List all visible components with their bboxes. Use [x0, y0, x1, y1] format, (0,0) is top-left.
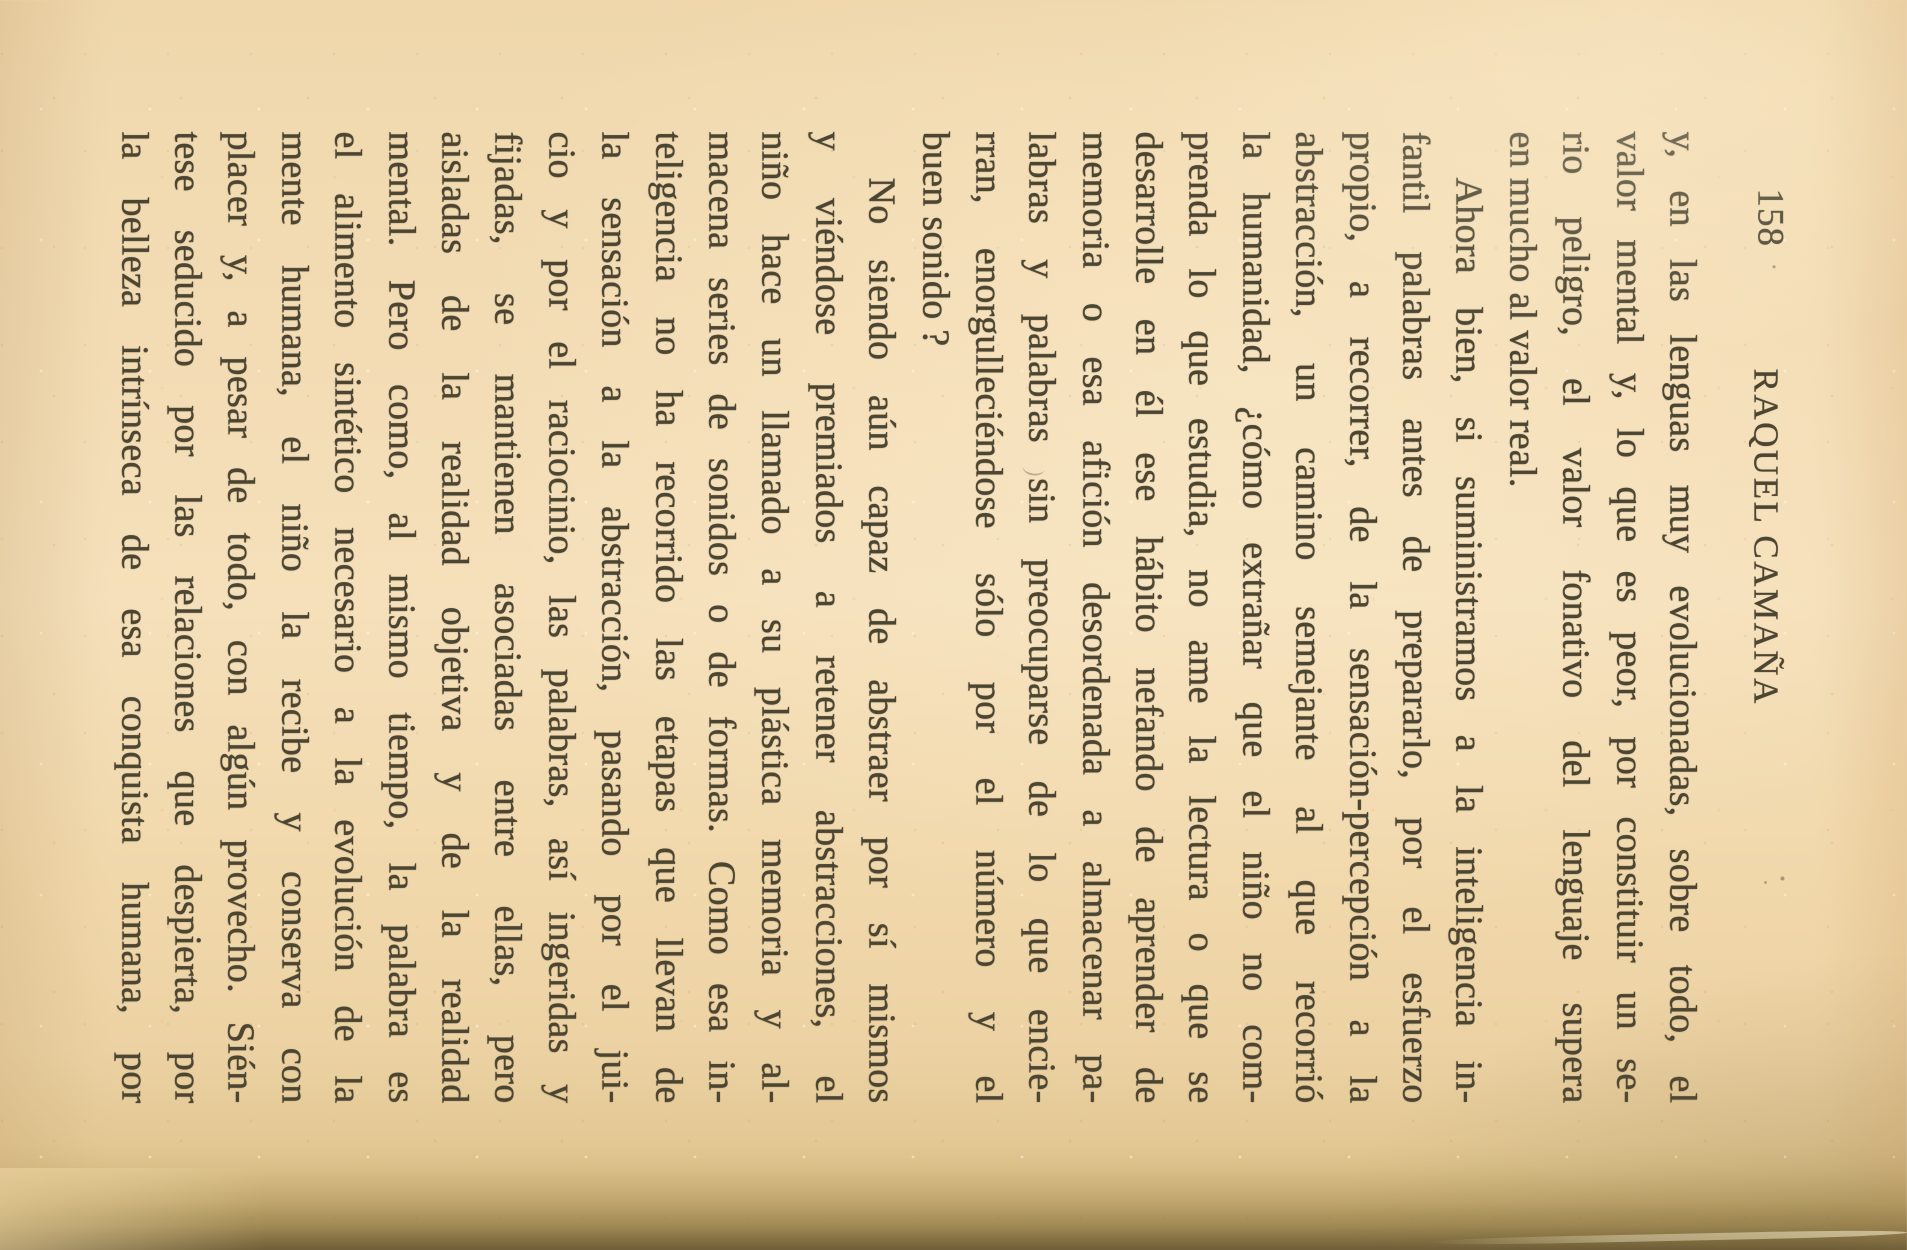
text-line: mente humana, el niño la recibe y conser… [267, 132, 320, 1104]
book-page-scan: 158 · RAQUEL CAMAÑA y, en las lenguas mu… [0, 0, 1907, 1250]
text-line: y, en las lenguas muy evolucionadas, sob… [1655, 132, 1708, 1104]
text-line: niño hace un llamado a su plástica memor… [747, 132, 800, 1104]
text-line: la sensación a la abstracción, pasando p… [587, 132, 640, 1104]
text-line: mental. Pero como, al mismo tiempo, la p… [374, 132, 427, 1104]
text-line: rio peligro, el valor fonativo del lengu… [1548, 132, 1601, 1104]
text-line: fijadas, se mantienen asociadas entre el… [481, 132, 534, 1104]
text-line: memoria o esa afición desordenada a alma… [1068, 132, 1121, 1104]
running-head: RAQUEL CAMAÑA [1743, 369, 1789, 706]
text-line: placer y, a pesar de todo, con algún pro… [214, 132, 267, 1104]
text-line: el alimento sintético necesario a la evo… [320, 132, 373, 1104]
text-line: la belleza intrínseca de esa conquista h… [107, 132, 160, 1104]
text-line: y viéndose premiados a retener abstracci… [801, 132, 854, 1104]
text-line: valor mental y, lo que es peor, por cons… [1602, 132, 1655, 1104]
text-line: buen sonido ? [908, 132, 961, 1104]
stray-dot: · [1759, 263, 1789, 272]
text-line: teligencia no ha recorrido las etapas qu… [641, 132, 694, 1104]
text-line: labras y palabras sin preocuparse de lo … [1014, 132, 1067, 1104]
text-line: propio, a recorrer, de la sensación-perc… [1335, 132, 1388, 1104]
text-line: Ahora bien, si suministramos a la inteli… [1442, 132, 1495, 1104]
text-line: No siendo aún capaz de abstraer por sí m… [854, 132, 907, 1104]
page-text: y, en las lenguas muy evolucionadas, sob… [107, 132, 1709, 1104]
page-number: 158 [1745, 189, 1795, 248]
text-line: en mucho al valor real. [1495, 132, 1548, 1104]
page: 158 · RAQUEL CAMAÑA y, en las lenguas mu… [0, 1, 1907, 1250]
text-line: aisladas de la realidad objetiva y de la… [427, 132, 480, 1104]
text-line: cio y por el raciocinio, las palabras, a… [534, 132, 587, 1104]
text-line: desarrolle en él ese hábito nefando de a… [1121, 132, 1174, 1104]
text-line: la humanidad, ¿cómo extrañar que el niño… [1228, 132, 1281, 1104]
page-header: 158 · RAQUEL CAMAÑA [1737, 1, 1795, 1250]
text-line: macena series de sonidos o de formas. Co… [694, 132, 747, 1104]
text-line: rran, enorgulleciéndose sólo por el núme… [961, 132, 1014, 1104]
text-line: tese seducido por las relaciones que des… [160, 132, 213, 1104]
text-line: fantil palabras antes de prepararlo, por… [1388, 132, 1441, 1104]
text-line: prenda lo que estudia, no ame la lectura… [1175, 132, 1228, 1104]
text-line: abstracción, un camino semejante al que … [1281, 132, 1334, 1104]
